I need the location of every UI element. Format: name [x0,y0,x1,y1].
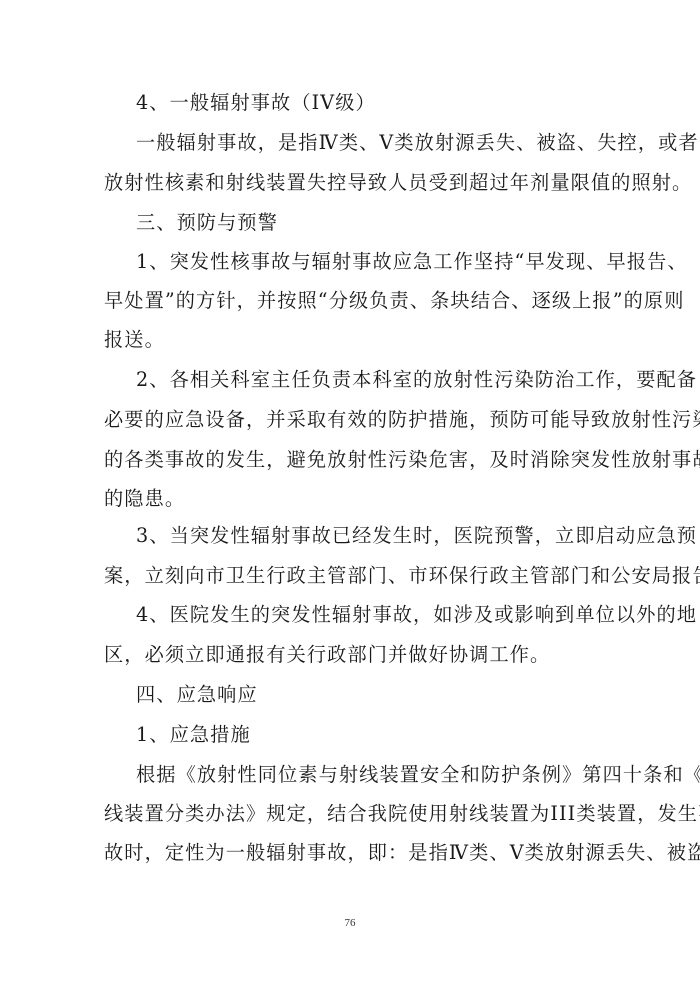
paragraph-line: 2、各相关科室主任负责本科室的放射性污染防治工作，要配备 [136,368,596,392]
page-number: 76 [0,917,700,929]
section-heading-prevention: 三、预防与预警 [136,211,596,235]
document-page: 4、一般辐射事故（IV级） 一般辐射事故，是指Ⅳ类、Ⅴ类放射源丢失、被盗、失控，… [0,0,700,990]
paragraph-line: 4、医院发生的突发性辐射事故，如涉及或影响到单位以外的地 [136,603,596,627]
section-heading-level-iv: 4、一般辐射事故（IV级） [136,91,596,115]
paragraph-line: 区，必须立即通报有关行政部门并做好协调工作。 [104,643,596,667]
paragraph-line: 一般辐射事故，是指Ⅳ类、Ⅴ类放射源丢失、被盗、失控，或者 [136,131,596,155]
paragraph-line: 故时，定性为一般辐射事故，即：是指Ⅳ类、Ⅴ类放射源丢失、被盗、 [104,841,596,865]
paragraph-line: 必要的应急设备，并采取有效的防护措施，预防可能导致放射性污染 [104,408,596,432]
paragraph-line: 3、当突发性辐射事故已经发生时，医院预警，立即启动应急预 [136,524,596,548]
paragraph-line: 1、突发性核事故与辐射事故应急工作坚持“早发现、早报告、 [136,250,596,274]
paragraph-line: 早处置”的方针，并按照“分级负责、条块结合、逐级上报”的原则 [104,289,596,313]
paragraph-line: 案，立刻向市卫生行政主管部门、市环保行政主管部门和公安局报告 [104,564,596,588]
paragraph-line: 报送。 [104,328,596,352]
section-heading-emergency-response: 四、应急响应 [136,683,596,707]
paragraph-line: 的各类事故的发生，避免放射性污染危害，及时消除突发性放射事故 [104,448,596,472]
subsection-heading-measures: 1、应急措施 [136,723,596,747]
paragraph-line: 根据《放射性同位素与射线装置安全和防护条例》第四十条和《射 [136,763,596,787]
paragraph-line: 的隐患。 [104,487,596,511]
paragraph-line: 放射性核素和射线装置失控导致人员受到超过年剂量限值的照射。 [104,171,596,195]
paragraph-line: 线装置分类办法》规定，结合我院使用射线装置为III类装置，发生事 [104,802,596,826]
